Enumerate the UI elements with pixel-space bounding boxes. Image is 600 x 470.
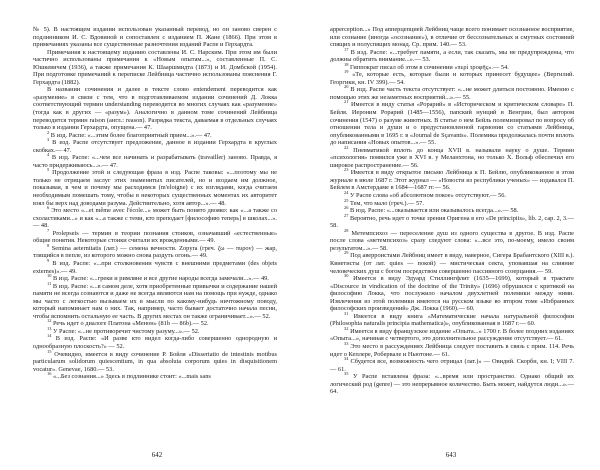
footnote-text: Очевидно, имеется в виду сочинение Р. Бо… (33, 351, 277, 373)
footnote-number: 32 (344, 326, 348, 331)
footnote-number: 18 (344, 62, 348, 67)
footnote: 35 У Распе вставлена фраза: «...время ил… (330, 373, 574, 396)
footnote: 15 Очевидно, имеется в виду сочинение Р.… (33, 351, 277, 374)
footnote-number: 23 (344, 167, 348, 172)
footnote-text: В изд. Распе: «...в самом деле, хотя при… (33, 283, 277, 320)
footnote-number: 25 (344, 197, 348, 202)
footnote-number: 9 (47, 258, 49, 263)
footnote-number: 15 (47, 348, 51, 353)
footnote: 29 Под аверроистами Лейбниц имеет в виду… (330, 252, 574, 275)
footnote: 11 В изд. Распе: «...в самом деле, хотя … (33, 283, 277, 321)
footnote: 22 Пневматикой вплоть до конца XVII в. н… (330, 147, 574, 170)
footnote-number: 14 (47, 333, 51, 338)
footnote: 33 Это место в рассуждениях Лейбница сле… (330, 343, 574, 358)
footnote: 12 Речь идет о диалоге Платона «Менон» (… (33, 320, 277, 328)
paragraph: № 5). В настоящем издании использован ук… (33, 26, 277, 49)
footnote-number: 29 (344, 250, 348, 255)
footnote-text: У Распе вставлена фраза: «...время или п… (330, 373, 574, 395)
footnote: 20 В изд. Распе часть текста отсутствует… (330, 86, 574, 101)
footnote-number: 4 (47, 152, 49, 157)
footnote-number: 35 (344, 371, 348, 376)
footnote-text: Prolepseis — термин в теории познания ст… (33, 230, 277, 245)
footnote: 23 Имеется в виду открытое письмо Лейбни… (330, 169, 574, 192)
footnote-number: 26 (344, 205, 348, 210)
footnote: 21 Имеется в виду статья «Рорарий» в «Ис… (330, 101, 574, 146)
footnote-text: В изд. Распе: «...при столкновении чувст… (33, 260, 277, 275)
footnote-text: Под аверроистами Лейбниц имеет в виду, н… (330, 252, 574, 274)
book-spread: № 5). В настоящем издании использован ук… (0, 0, 600, 470)
paragraph: apperception...» Под апперцепцией Лейбни… (330, 26, 574, 49)
footnote: 3 В изд. Распе отсутствует предложение, … (33, 139, 277, 154)
footnote-text: Имеется в виду французское издание «Опыт… (330, 328, 574, 343)
left-page: № 5). В настоящем издании использован ук… (33, 26, 277, 381)
left-page-number: 642 (137, 451, 177, 459)
footnote: 17 В изд. Распе: «...требует памяти, а е… (330, 49, 574, 64)
footnote: 9 В изд. Распе: «...при столкновении чув… (33, 260, 277, 275)
footnote-number: 21 (344, 99, 348, 104)
footnote-number: 12 (47, 318, 51, 323)
footnote-text: Примечания к настоящему изданию составле… (33, 49, 277, 86)
footnote-number: 34 (344, 356, 348, 361)
footnote-number: 5 (47, 167, 49, 172)
footnote-text: Речь идет о диалоге Платона «Менон» (81b… (53, 320, 209, 327)
footnote: 4 В изд. Распе: «...чем все начинать и р… (33, 154, 277, 169)
footnote-number: 11 (47, 280, 51, 285)
footnote-number: 3 (47, 137, 49, 142)
footnote-text: Гиппократ писал об этом в сочинении «περ… (350, 64, 509, 71)
footnote-number: 16 (47, 371, 51, 376)
footnote-number: 30 (344, 273, 348, 278)
footnote: 27 Вероятно, речь идет о точке зрения Ор… (330, 215, 574, 230)
footnote: 5 Продолжение этой и следующая фраза в и… (33, 169, 277, 207)
footnote-text: В изд. Распе: «...греки и римляне и все … (53, 275, 269, 282)
footnote-number: 8 (47, 243, 49, 248)
paragraph: В названии сочинения и далее в тексте сл… (33, 86, 277, 131)
footnote: 7 Prolepseis — термин в теории познания … (33, 230, 277, 245)
paragraph: Примечания к настоящему изданию составле… (33, 49, 277, 87)
footnote-text: Это место в рассуждениях Лейбница следуе… (330, 343, 574, 358)
footnote-text: В изд. Распе: «...оказывается или оказыв… (350, 207, 518, 214)
footnote-text: В изд. Распе: «...требует памяти, а если… (330, 49, 574, 64)
footnote-text: В названии сочинения и далее в тексте сл… (33, 86, 277, 131)
footnote-text: В изд. Распе: «...этим более благоприятн… (51, 132, 212, 139)
footnote: 24 У Распе слова «об абсолютном покое» о… (330, 192, 574, 200)
footnote: 16 «...Без сознания...» Здесь в подлинни… (33, 373, 277, 381)
footnote-text: Продолжение этой и следующая фраза в изд… (33, 169, 277, 206)
footnote: 30 Имеется в виду Эдуард Стиллингфлит (1… (330, 275, 574, 313)
footnote-number: 27 (344, 213, 348, 218)
footnote: 14 В изд. Распе: «И разве кто видел когд… (33, 335, 277, 350)
footnote-text: В изд. Распе: «И разве кто видел когда-л… (33, 335, 277, 350)
footnote-text: apperception...» Под апперцепцией Лейбни… (330, 26, 574, 48)
footnote-text: Вероятно, речь идет о точке зрения Ориге… (330, 215, 574, 230)
footnote-number: 2 (47, 130, 49, 135)
footnote-text: «Те, которые есть, которые были и которы… (330, 71, 574, 86)
footnote-text: В изд. Распе: «...чем все начинать и раз… (33, 154, 277, 169)
footnote-number: 17 (344, 47, 348, 52)
footnote-text: Имеется в виду книга «Математические нач… (330, 313, 574, 328)
footnote-number: 19 (344, 69, 348, 74)
footnote-text: Имеется в виду открытое письмо Лейбница … (330, 169, 574, 191)
footnote-text: Пневматикой вплоть до конца XVII в. назы… (330, 147, 574, 169)
footnote-text: В изд. Распе отсутствует предложение, да… (33, 139, 277, 154)
footnote: 8 Semina aeternitatis (лат.) — семена ве… (33, 245, 277, 260)
footnote-number: 20 (344, 84, 348, 89)
footnote-text: У Распе: «...не противоречит чистому раз… (53, 328, 200, 335)
footnote-text: У Распе слова «об абсолютном покое» отсу… (350, 192, 506, 199)
footnote-number: 22 (344, 145, 348, 150)
footnote-text: Метемпсихоз — переселение душ из одного … (330, 230, 574, 252)
footnote: 34 Сбудется все, возможность чего отрица… (330, 358, 574, 373)
footnote: 19 «Те, которые есть, которые были и кот… (330, 71, 574, 86)
right-page-number: 643 (431, 451, 471, 459)
footnote: 31 Имеется в виду книга «Математические … (330, 313, 574, 328)
footnote: 25 Тем, что мало (греч.).— 57. (330, 200, 574, 208)
footnote-number: 7 (47, 228, 49, 233)
footnote: 32 Имеется в виду французское издание «О… (330, 328, 574, 343)
footnote: 10 В изд. Распе: «...греки и римляне и в… (33, 275, 277, 283)
footnote-number: 13 (47, 326, 51, 331)
footnote-text: Имеется в виду статья «Рорарий» в «Истор… (330, 101, 574, 146)
footnote-text: Тем, что мало (греч.).— 57. (350, 200, 424, 207)
footnote: 6 Это место «...et même avec l'école...»… (33, 207, 277, 230)
footnote: 28 Метемпсихоз — переселение душ из одно… (330, 230, 574, 253)
footnote-text: № 5). В настоящем издании использован ук… (33, 26, 277, 48)
footnote-text: Имеется в виду Эдуард Стиллингфлит (1635… (330, 275, 574, 312)
footnote-number: 28 (344, 228, 348, 233)
footnote-text: Semina aeternitatis (лат.) — семена вечн… (33, 245, 277, 260)
footnote-text: В изд. Распе часть текста отсутствует: «… (330, 86, 574, 101)
right-page: apperception...» Под апперцепцией Лейбни… (330, 26, 574, 396)
footnote-text: Сбудется все, возможность чего отрицал (… (330, 358, 574, 373)
footnote-number: 24 (344, 190, 348, 195)
footnote-number: 31 (344, 311, 348, 316)
footnote-text: Это место «...et même avec l'école...» м… (33, 207, 277, 229)
footnote: 26 В изд. Распе: «...оказывается или ока… (330, 207, 574, 215)
footnote-text: «...Без сознания...» Здесь в подлиннике … (53, 373, 211, 380)
footnote-number: 6 (47, 205, 49, 210)
footnote-number: 33 (344, 341, 348, 346)
footnote-number: 10 (47, 273, 51, 278)
